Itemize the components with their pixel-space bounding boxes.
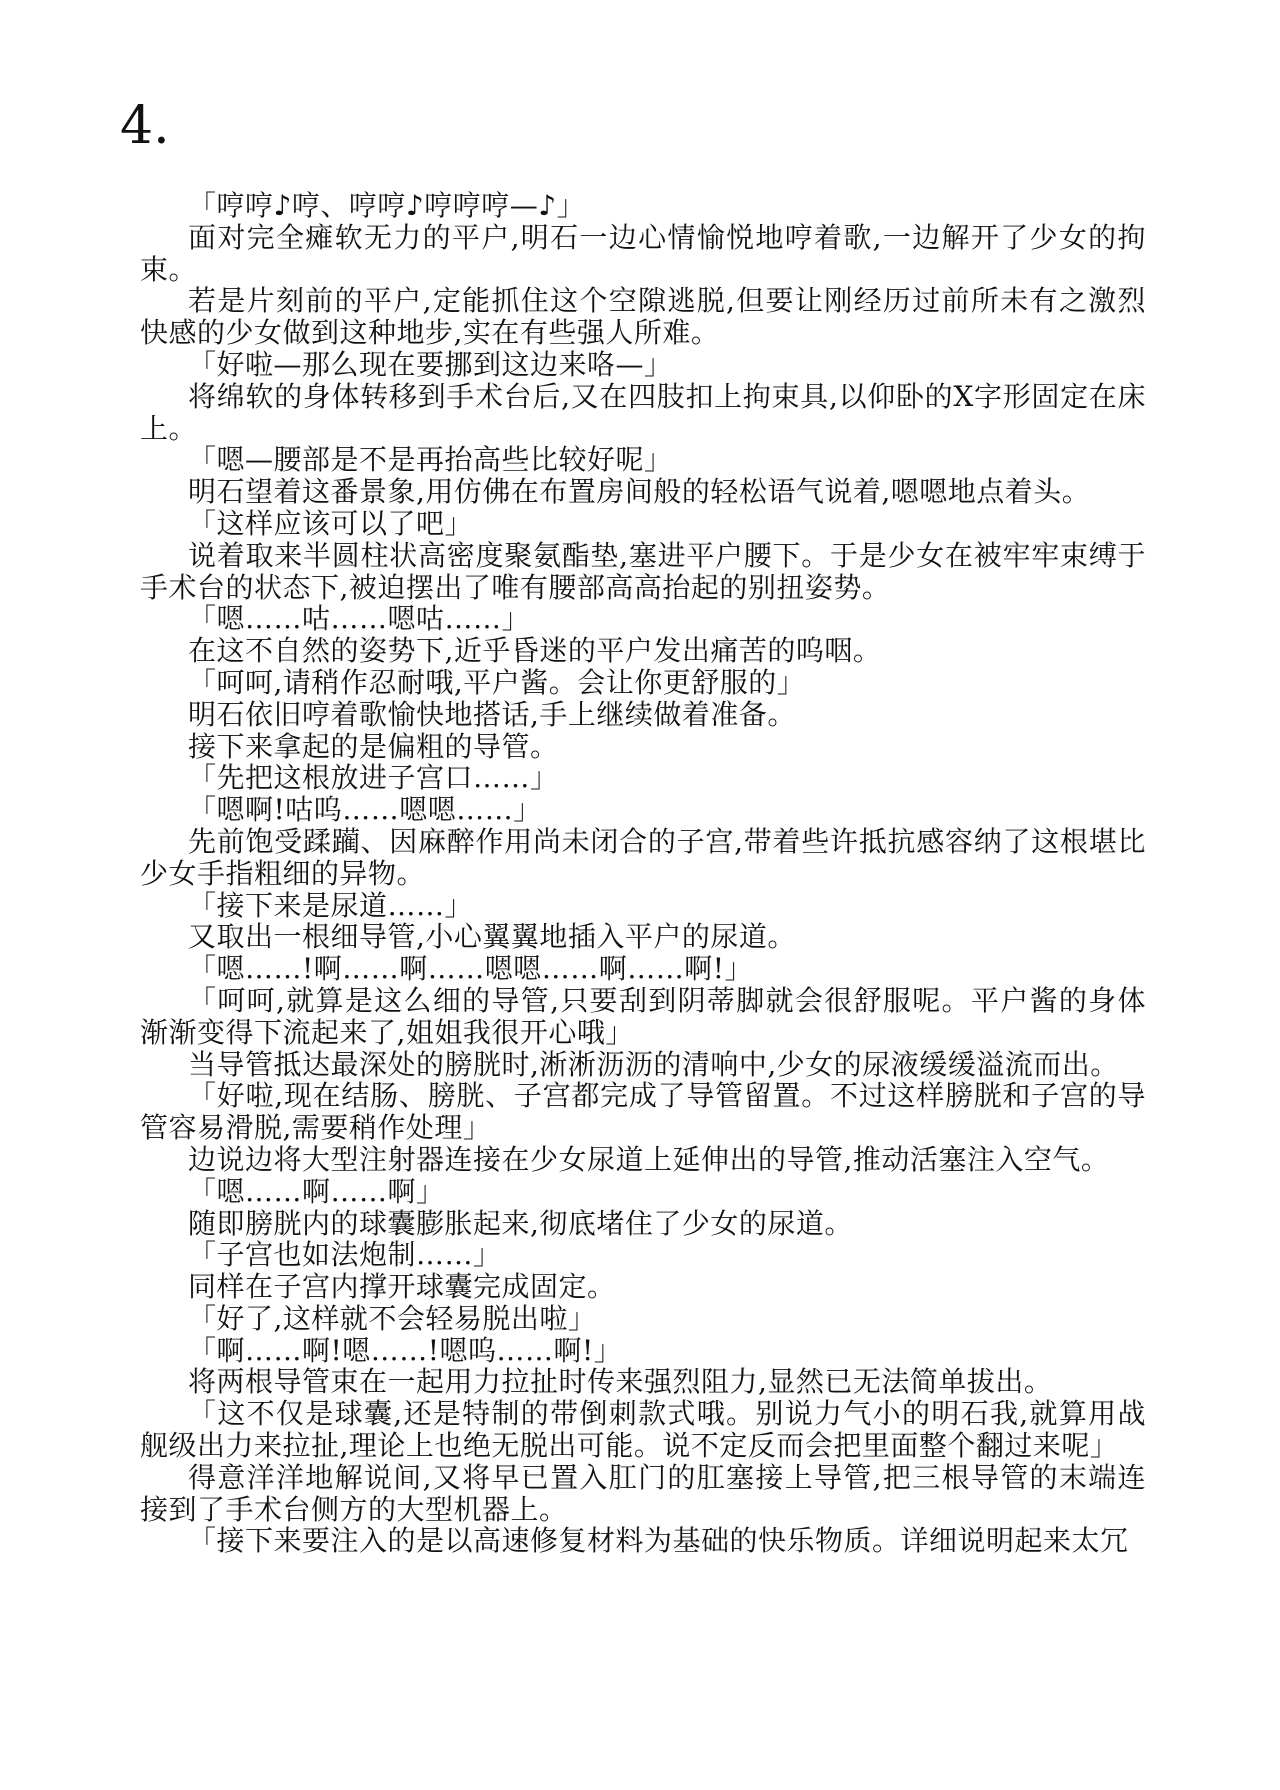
paragraph: 在这不自然的姿势下,近乎昏迷的平户发出痛苦的呜咽。 bbox=[140, 635, 1146, 667]
paragraph: 「这样应该可以了吧」 bbox=[140, 508, 1146, 540]
paragraph: 得意洋洋地解说间,又将早已置入肛门的肛塞接上导管,把三根导管的末端连接到了手术台… bbox=[140, 1462, 1146, 1526]
chapter-number: 4. bbox=[120, 100, 170, 152]
paragraph: 「好啦—那么现在要挪到这边来咯—」 bbox=[140, 349, 1146, 381]
paragraph: 「嗯……啊……啊」 bbox=[140, 1176, 1146, 1208]
paragraph: 「子宫也如法炮制……」 bbox=[140, 1239, 1146, 1271]
paragraph: 「先把这根放进子宫口……」 bbox=[140, 762, 1146, 794]
paragraph: 若是片刻前的平户,定能抓住这个空隙逃脱,但要让刚经历过前所未有之激烈快感的少女做… bbox=[140, 285, 1146, 349]
paragraph: 同样在子宫内撑开球囊完成固定。 bbox=[140, 1271, 1146, 1303]
paragraph: 「啊……啊!嗯……!嗯呜……啊!」 bbox=[140, 1335, 1146, 1367]
paragraph: 「嗯……咕……嗯咕……」 bbox=[140, 603, 1146, 635]
paragraph: 明石望着这番景象,用仿佛在布置房间般的轻松语气说着,嗯嗯地点着头。 bbox=[140, 476, 1146, 508]
paragraph: 「接下来要注入的是以高速修复材料为基础的快乐物质。详细说明起来太冗 bbox=[140, 1525, 1146, 1557]
novel-page: 4. 「哼哼♪哼、哼哼♪哼哼哼—♪」面对完全瘫软无力的平户,明石一边心情愉悦地哼… bbox=[0, 0, 1280, 1790]
paragraph: 先前饱受蹂躏、因麻醉作用尚未闭合的子宫,带着些许抵抗感容纳了这根堪比少女手指粗细… bbox=[140, 826, 1146, 890]
paragraph: 「好啦,现在结肠、膀胱、子宫都完成了导管留置。不过这样膀胱和子宫的导管容易滑脱,… bbox=[140, 1080, 1146, 1144]
paragraph: 「哼哼♪哼、哼哼♪哼哼哼—♪」 bbox=[140, 190, 1146, 222]
paragraph: 边说边将大型注射器连接在少女尿道上延伸出的导管,推动活塞注入空气。 bbox=[140, 1144, 1146, 1176]
paragraph: 随即膀胱内的球囊膨胀起来,彻底堵住了少女的尿道。 bbox=[140, 1208, 1146, 1240]
paragraph: 接下来拿起的是偏粗的导管。 bbox=[140, 731, 1146, 763]
paragraph: 将两根导管束在一起用力拉扯时传来强烈阻力,显然已无法简单拔出。 bbox=[140, 1366, 1146, 1398]
paragraph: 说着取来半圆柱状高密度聚氨酯垫,塞进平户腰下。于是少女在被牢牢束缚于手术台的状态… bbox=[140, 540, 1146, 604]
paragraph: 面对完全瘫软无力的平户,明石一边心情愉悦地哼着歌,一边解开了少女的拘束。 bbox=[140, 222, 1146, 286]
paragraph: 「这不仅是球囊,还是特制的带倒刺款式哦。别说力气小的明石我,就算用战舰级出力来拉… bbox=[140, 1398, 1146, 1462]
paragraph: 「嗯……!啊……啊……嗯嗯……啊……啊!」 bbox=[140, 953, 1146, 985]
paragraph: 「嗯—腰部是不是再抬高些比较好呢」 bbox=[140, 444, 1146, 476]
paragraph: 当导管抵达最深处的膀胱时,淅淅沥沥的清响中,少女的尿液缓缓溢流而出。 bbox=[140, 1049, 1146, 1081]
body-text: 「哼哼♪哼、哼哼♪哼哼哼—♪」面对完全瘫软无力的平户,明石一边心情愉悦地哼着歌,… bbox=[140, 190, 1146, 1557]
paragraph: 「呵呵,请稍作忍耐哦,平户酱。会让你更舒服的」 bbox=[140, 667, 1146, 699]
paragraph: 「接下来是尿道……」 bbox=[140, 890, 1146, 922]
paragraph: 又取出一根细导管,小心翼翼地插入平户的尿道。 bbox=[140, 921, 1146, 953]
paragraph: 「好了,这样就不会轻易脱出啦」 bbox=[140, 1303, 1146, 1335]
paragraph: 明石依旧哼着歌愉快地搭话,手上继续做着准备。 bbox=[140, 699, 1146, 731]
paragraph: 「呵呵,就算是这么细的导管,只要刮到阴蒂脚就会很舒服呢。平户酱的身体渐渐变得下流… bbox=[140, 985, 1146, 1049]
paragraph: 将绵软的身体转移到手术台后,又在四肢扣上拘束具,以仰卧的X字形固定在床上。 bbox=[140, 381, 1146, 445]
paragraph: 「嗯啊!咕呜……嗯嗯……」 bbox=[140, 794, 1146, 826]
